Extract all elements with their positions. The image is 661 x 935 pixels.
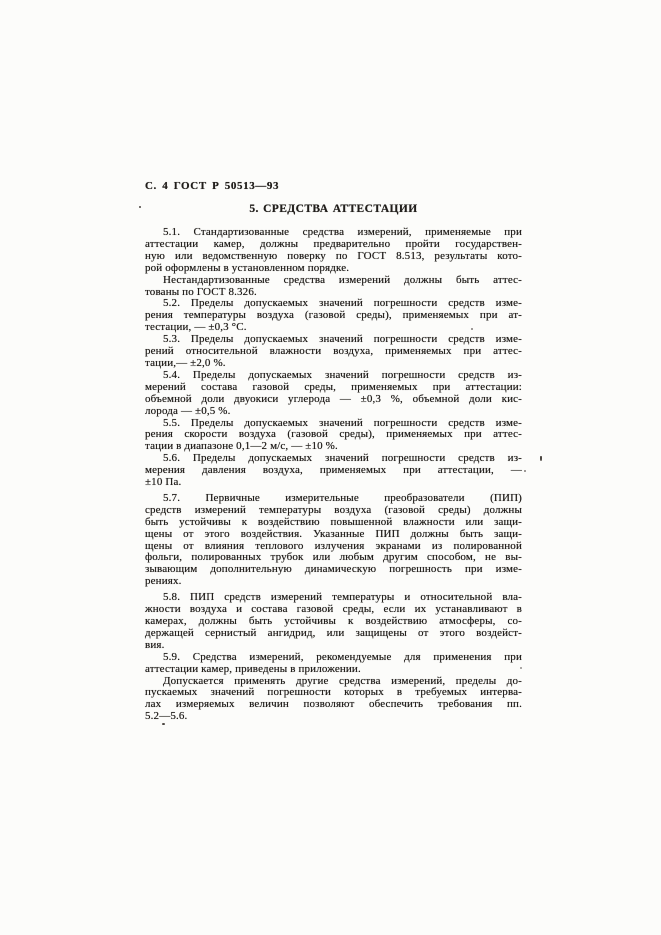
scan-speck <box>540 456 542 461</box>
text-line: средств измерений температуры воздуха (г… <box>145 505 522 517</box>
paragraph: Нестандартизованные средства измерений д… <box>145 275 522 299</box>
text-line: объемной доли двуокиси углерода — ±0,3 %… <box>145 394 522 406</box>
text-line: мерения давления воздуха, применяемых пр… <box>145 465 522 477</box>
scan-speck <box>524 470 526 472</box>
document-body: 5.1. Стандартизованные средства измерени… <box>145 227 522 723</box>
text-line: быть устойчивы к воздействию повышенной … <box>145 517 522 529</box>
text-line: 5.2—5.6. <box>145 711 522 723</box>
text-line: держащей сернистый ангидрид, или защищен… <box>145 628 522 640</box>
text-line: щены от этого воздействия. Указанные ПИП… <box>145 529 522 541</box>
scanned-page: С. 4 ГОСТ Р 50513—93 5. СРЕДСТВА АТТЕСТА… <box>0 0 661 935</box>
paragraph: 5.3. Пределы допускаемых значений погреш… <box>145 334 522 370</box>
scan-speck <box>162 723 165 725</box>
paragraph: 5.6. Пределы допускаемых значений погреш… <box>145 453 522 489</box>
text-line: лах измеряемых величин позволяют обеспеч… <box>145 699 522 711</box>
document-text-block: С. 4 ГОСТ Р 50513—93 5. СРЕДСТВА АТТЕСТА… <box>145 180 522 723</box>
paragraph: 5.9. Средства измерений, рекомендуемые д… <box>145 652 522 723</box>
paragraph: 5.4. Пределы допускаемых значений погреш… <box>145 370 522 418</box>
paragraph: 5.8. ПИП средств измерений температуры и… <box>145 592 522 652</box>
paragraph: 5.7. Первичные измерительные преобразова… <box>145 493 522 588</box>
text-line: зывающим дополнительную динамическую пог… <box>145 564 522 576</box>
text-line: вия. <box>145 640 522 652</box>
section-title: 5. СРЕДСТВА АТТЕСТАЦИИ <box>145 203 522 215</box>
text-line: 5.4. Пределы допускаемых значений погреш… <box>145 370 522 382</box>
text-line: рой оформлены в установленном порядке. <box>145 263 522 275</box>
text-line: лорода — ±0,5 %. <box>145 406 522 418</box>
text-line: мерений состава газовой среды, применяем… <box>145 382 522 394</box>
paragraph: 5.5. Пределы допускаемых значений погреш… <box>145 418 522 454</box>
page-header: С. 4 ГОСТ Р 50513—93 <box>145 180 522 192</box>
text-line: ную или ведомственную поверку по ГОСТ 8.… <box>145 251 522 263</box>
text-line: Нестандартизованные средства измерений д… <box>145 275 522 287</box>
text-line: ±10 Па. <box>145 477 522 489</box>
scan-speck <box>139 206 141 208</box>
scan-speck <box>520 667 522 669</box>
scan-speck <box>471 328 473 330</box>
text-line: аттестации камер, приведены в приложении… <box>145 664 522 676</box>
text-line: 5.9. Средства измерений, рекомендуемые д… <box>145 652 522 664</box>
paragraph: 5.2. Пределы допускаемых значений погреш… <box>145 298 522 334</box>
paragraph: 5.1. Стандартизованные средства измерени… <box>145 227 522 275</box>
text-line: рениях. <box>145 576 522 588</box>
